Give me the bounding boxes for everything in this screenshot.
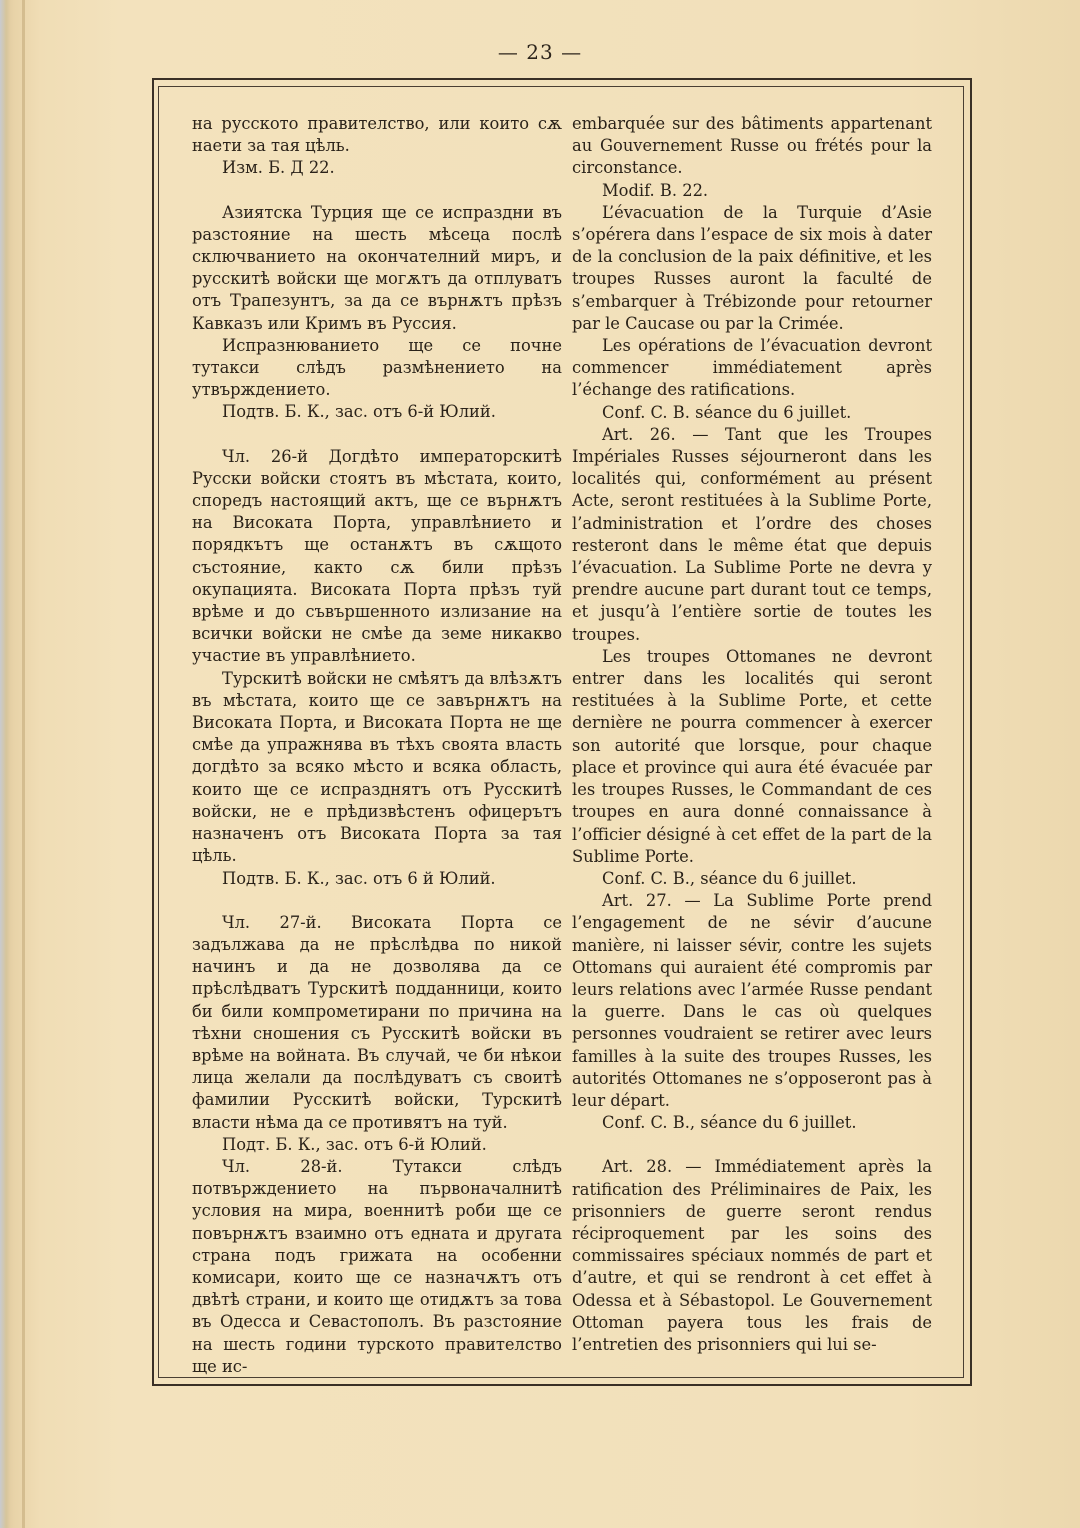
paragraph: embarquée sur des bâtiments appartenant … [572,113,932,180]
article-27-paragraph: Чл. 27-й. Високата Порта се задължава да… [192,912,562,1134]
spacer [192,424,562,446]
reference-note: Подтв. Б. К., зас. отъ 6 й Юлий. [192,868,562,890]
spacer [192,890,562,912]
page-number: — 23 — [0,40,1080,64]
spacer [572,1134,932,1156]
french-text-column: embarquée sur des bâtiments appartenant … [572,113,932,1356]
page-left-edge [0,0,10,1528]
paragraph: Les troupes Ottomanes ne devront entrer … [572,646,932,868]
spacer [192,180,562,202]
page-fold [22,0,25,1528]
reference-note: Conf. C. B., séance du 6 juillet. [572,868,932,890]
article-26-paragraph: Чл. 26-й Догдѣто императорскитѣ Русски в… [192,446,562,668]
paragraph: Les opérations de l’évacuation devront c… [572,335,932,402]
article-28-paragraph: Art. 28. — Immédiatement après la ratifi… [572,1156,932,1356]
paragraph: L’évacuation de la Turquie d’Asie s’opér… [572,202,932,335]
reference-note: Conf. C. B. séance du 6 juillet. [572,402,932,424]
reference-note: Modif. B. 22. [572,180,932,202]
paragraph: Азиятска Турция ще се испраздни въ разст… [192,202,562,335]
reference-note: Подтв. Б. К., зас. отъ 6-й Юлий. [192,401,562,423]
bulgarian-text-column: на русското правителство, или които сѫ н… [192,113,562,1378]
paragraph: Турскитѣ войски не смѣятъ да влѣзѫтъ въ … [192,668,562,868]
article-28-paragraph: Чл. 28-й. Тутакси слѣдъ потвърждението н… [192,1156,562,1378]
reference-note: Подт. Б. К., зас. отъ 6-й Юлий. [192,1134,562,1156]
paragraph: Испразнюванието ще се почне тутакси слѣд… [192,335,562,402]
reference-note: Conf. C. B., séance du 6 juillet. [572,1112,932,1134]
paragraph: на русското правителство, или които сѫ н… [192,113,562,157]
reference-note: Изм. Б. Д 22. [192,157,562,179]
article-27-paragraph: Art. 27. — La Sublime Porte prend l’enga… [572,890,932,1112]
article-26-paragraph: Art. 26. — Tant que les Troupes Impérial… [572,424,932,646]
